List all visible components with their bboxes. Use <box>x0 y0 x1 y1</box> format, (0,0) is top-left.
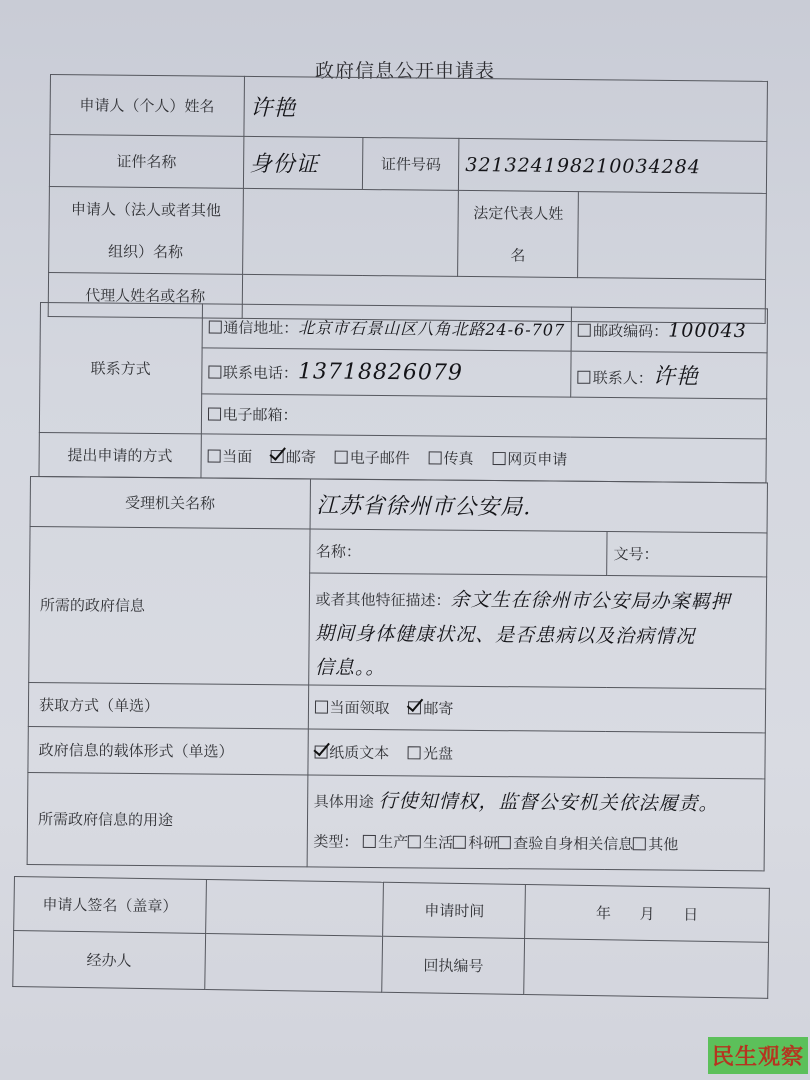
postcode-checkbox[interactable] <box>578 323 591 336</box>
checkbox-obtain-in-person[interactable] <box>315 700 328 713</box>
purpose-label: 所需政府信息的用途 <box>27 772 307 866</box>
id-doc-name-label: 证件名称 <box>49 135 243 189</box>
purpose-specific-label: 具体用途 <box>314 792 374 811</box>
email-field[interactable]: 电子邮箱： <box>201 394 767 439</box>
submit-method-options: 当面 邮寄 电子邮件 传真 网页申请 <box>200 434 766 483</box>
phone-label: 联系电话： <box>223 364 298 383</box>
obtain-method-label: 获取方式（单选） <box>28 682 308 728</box>
form-paper: 政府信息公开申请表 申请人（个人）姓名 许艳 证件名称 身份证 证件号码 321… <box>0 0 810 1080</box>
checkbox-disc[interactable] <box>408 746 421 759</box>
contact-person-label: 联系人： <box>593 369 653 388</box>
signature-label: 申请人签名（盖章） <box>14 877 207 934</box>
date-day: 日 <box>683 906 698 924</box>
checkbox-life[interactable] <box>408 835 421 848</box>
applicant-org-label-line1: 申请人（法人或者其他 <box>56 188 237 232</box>
obtain-option-mail[interactable]: 邮寄 <box>408 699 453 717</box>
checkbox-in-person[interactable] <box>207 449 220 462</box>
agency-field[interactable]: 江苏省徐州市公安局. <box>310 479 768 533</box>
receipt-label: 回执编号 <box>382 936 525 994</box>
phone-value: 13718826079 <box>298 359 463 385</box>
postcode-label: 邮政编码： <box>593 321 668 340</box>
id-doc-name-value: 身份证 <box>250 152 319 178</box>
legal-rep-label: 法定代表人姓 名 <box>458 190 579 277</box>
applicant-org-field[interactable] <box>242 188 458 276</box>
handler-label: 经办人 <box>13 931 206 990</box>
form-table-upper: 申请人（个人）姓名 许艳 证件名称 身份证 证件号码 3213241982100… <box>48 74 768 324</box>
phone-field[interactable]: 联系电话：13718826079 <box>201 348 571 397</box>
info-name-field[interactable]: 名称： <box>309 529 607 576</box>
signature-field[interactable] <box>205 880 384 937</box>
id-doc-number-label: 证件号码 <box>363 138 459 191</box>
postcode-value: 100043 <box>668 319 747 342</box>
obtain-option-in-person[interactable]: 当面领取 <box>315 698 390 717</box>
address-label: 通信地址： <box>223 319 298 338</box>
applicant-personal-field[interactable]: 许艳 <box>243 76 767 141</box>
legal-rep-label-line2: 名 <box>464 233 571 276</box>
checkbox-paper-checked[interactable] <box>314 745 327 758</box>
info-name-label: 名称： <box>316 542 361 560</box>
row-purpose: 所需政府信息的用途 具体用途 行使知情权，监督公安机关依法履责。 类型： 生产生… <box>27 772 765 870</box>
row-submit-method: 提出申请的方式 当面 邮寄 电子邮件 传真 网页申请 <box>39 432 766 482</box>
submit-option-fax[interactable]: 传真 <box>428 449 473 467</box>
submit-option-web[interactable]: 网页申请 <box>492 450 567 469</box>
watermark-logo: 民生观察 <box>708 1037 808 1074</box>
type-option-production[interactable]: 生产 <box>363 833 408 851</box>
carrier-options: 纸质文本 光盘 <box>307 729 765 779</box>
id-doc-number-value: 321324198210034284 <box>465 153 701 177</box>
submit-method-label: 提出申请的方式 <box>39 432 201 477</box>
purpose-specific-value: 行使知情权，监督公安机关依法履责。 <box>378 790 718 815</box>
agency-label: 受理机关名称 <box>30 477 310 529</box>
info-desc-value-line2: 期间身体健康状况、是否患病以及治病情况 <box>315 616 760 654</box>
row-carrier: 政府信息的载体形式（单选） 纸质文本 光盘 <box>28 726 765 778</box>
type-option-research[interactable]: 科研 <box>453 834 498 852</box>
purpose-specific[interactable]: 具体用途 行使知情权，监督公安机关依法履责。 <box>314 780 759 825</box>
contact-label: 联系方式 <box>39 303 202 434</box>
row-obtain-method: 获取方式（单选） 当面领取 邮寄 <box>28 682 765 732</box>
checkbox-self-check[interactable] <box>498 836 511 849</box>
carrier-label: 政府信息的载体形式（单选） <box>28 726 308 774</box>
info-docno-field[interactable]: 文号： <box>607 532 767 577</box>
row-contact-address: 联系方式 通信地址：北京市石景山区八角北路24-6-707 邮政编码：10004… <box>40 303 767 353</box>
checkbox-email[interactable] <box>335 451 348 464</box>
address-field[interactable]: 通信地址：北京市石景山区八角北路24-6-707 <box>202 304 572 351</box>
checkbox-research[interactable] <box>453 836 466 849</box>
legal-rep-label-line1: 法定代表人姓 <box>465 191 572 234</box>
info-desc-value-line3: 信息。。 <box>315 650 760 688</box>
form-table-lower: 受理机关名称 江苏省徐州市公安局. 所需的政府信息 名称： 文号： 或者其他特征… <box>27 476 768 871</box>
date-field[interactable]: 年 月 日 <box>525 885 770 943</box>
date-month: 月 <box>639 905 654 923</box>
legal-rep-field[interactable] <box>578 192 767 280</box>
checkbox-web[interactable] <box>492 452 505 465</box>
checkbox-other[interactable] <box>633 837 646 850</box>
info-desc-field[interactable]: 或者其他特征描述：余文生在徐州市公安局办案羁押 期间身体健康状况、是否患病以及治… <box>308 573 766 689</box>
purpose-type-label: 类型： <box>313 832 358 850</box>
form-table-bottom: 申请人签名（盖章） 申请时间 年 月 日 经办人 回执编号 <box>12 876 770 999</box>
date-label: 申请时间 <box>383 882 526 938</box>
handler-field[interactable] <box>204 934 383 993</box>
address-value: 北京市石景山区八角北路24-6-707 <box>298 318 565 339</box>
carrier-option-paper[interactable]: 纸质文本 <box>314 743 389 762</box>
id-doc-name-field[interactable]: 身份证 <box>243 136 363 189</box>
info-desc-value-line1: 余文生在徐州市公安局办案羁押 <box>450 589 730 613</box>
id-doc-number-field[interactable]: 321324198210034284 <box>459 138 767 193</box>
row-handler: 经办人 回执编号 <box>13 931 769 999</box>
contact-person-field[interactable]: 联系人：许艳 <box>571 351 767 399</box>
address-checkbox[interactable] <box>208 320 221 333</box>
checkbox-fax[interactable] <box>428 451 441 464</box>
contact-person-checkbox[interactable] <box>578 371 591 384</box>
type-option-life[interactable]: 生活 <box>408 833 453 851</box>
postcode-field[interactable]: 邮政编码：100043 <box>572 307 768 353</box>
purpose-field: 具体用途 行使知情权，监督公安机关依法履责。 类型： 生产生活科研查验自身相关信… <box>307 775 765 871</box>
receipt-field[interactable] <box>524 939 769 999</box>
submit-option-email[interactable]: 电子邮件 <box>335 449 410 468</box>
applicant-personal-label: 申请人（个人）姓名 <box>50 75 244 137</box>
checkbox-production[interactable] <box>363 835 376 848</box>
email-label: 电子邮箱： <box>222 406 297 425</box>
agency-value: 江苏省徐州市公安局. <box>316 494 531 521</box>
row-agency: 受理机关名称 江苏省徐州市公安局. <box>30 477 767 533</box>
type-option-other[interactable]: 其他 <box>633 835 678 853</box>
info-docno-label: 文号： <box>613 545 658 563</box>
form-table-contact: 联系方式 通信地址：北京市石景山区八角北路24-6-707 邮政编码：10004… <box>38 302 767 483</box>
row-applicant-org: 申请人（法人或者其他 组织）名称 法定代表人姓 名 <box>49 186 767 279</box>
info-desc-label: 或者其他特征描述： <box>315 590 450 609</box>
row-id-doc: 证件名称 身份证 证件号码 321324198210034284 <box>49 135 766 194</box>
submit-option-in-person[interactable]: 当面 <box>207 447 252 465</box>
carrier-option-disc[interactable]: 光盘 <box>408 744 453 762</box>
row-info-name: 所需的政府信息 名称： 文号： <box>30 527 767 577</box>
date-year: 年 <box>596 904 611 922</box>
submit-option-mail[interactable]: 邮寄 <box>271 448 316 466</box>
obtain-method-options: 当面领取 邮寄 <box>308 685 766 733</box>
info-needed-label: 所需的政府信息 <box>29 527 310 685</box>
type-option-self-check[interactable]: 查验自身相关信息 <box>498 834 633 853</box>
applicant-org-label: 申请人（法人或者其他 组织）名称 <box>49 186 243 274</box>
phone-checkbox[interactable] <box>208 365 221 378</box>
row-applicant-personal: 申请人（个人）姓名 许艳 <box>50 75 768 142</box>
checkbox-mail-checked[interactable] <box>271 450 284 463</box>
applicant-personal-value: 许艳 <box>250 96 296 121</box>
applicant-org-label-line2: 组织）名称 <box>55 230 236 274</box>
email-checkbox[interactable] <box>207 407 220 420</box>
contact-person-value: 许艳 <box>653 364 699 389</box>
purpose-types: 类型： 生产生活科研查验自身相关信息其他 <box>313 821 758 865</box>
checkbox-obtain-mail-checked[interactable] <box>408 701 421 714</box>
